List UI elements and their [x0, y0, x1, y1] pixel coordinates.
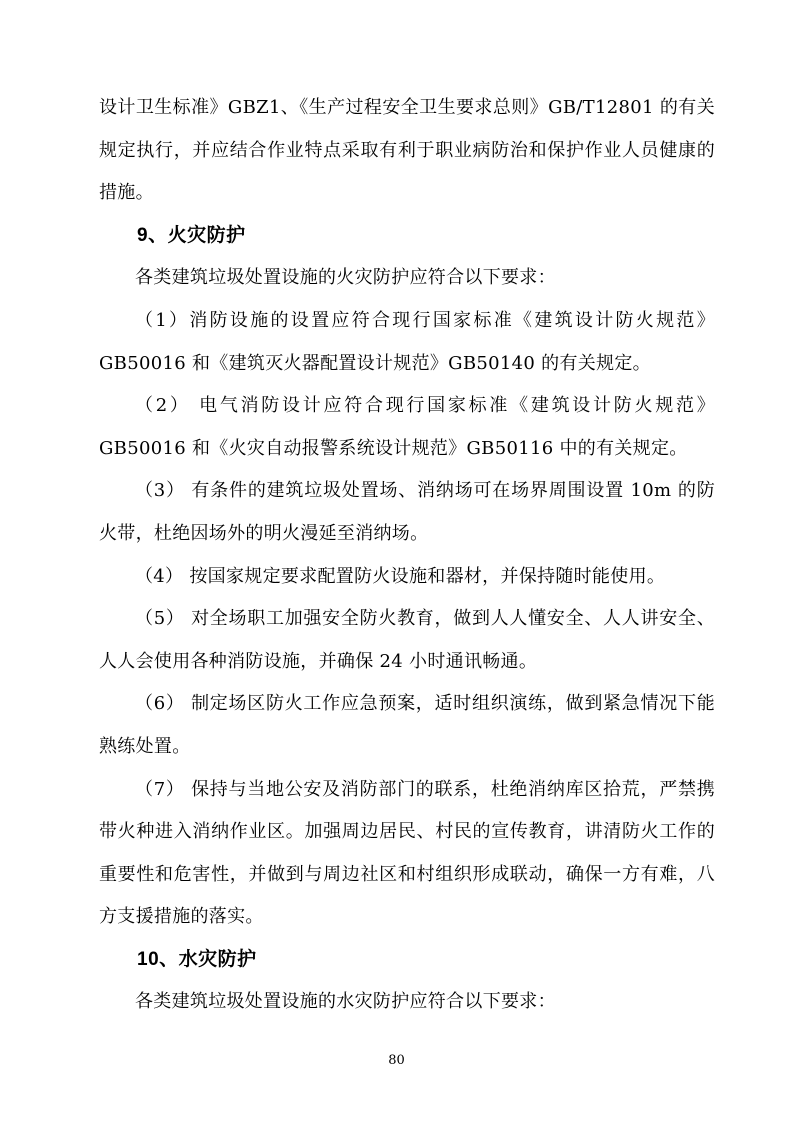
- page-number: 80: [0, 1053, 793, 1068]
- paragraph-fire-item-1: （1）消防设施的设置应符合现行国家标准《建筑设计防火规范》GB50016 和《建…: [99, 300, 715, 385]
- paragraph-fire-item-2: （2） 电气消防设计应符合现行国家标准《建筑设计防火规范》GB50016 和《火…: [99, 385, 715, 470]
- paragraph-fire-item-7: （7） 保持与当地公安及消防部门的联系，杜绝消纳库区拾荒，严禁携带火种进入消纳作…: [99, 769, 715, 939]
- document-body: 设计卫生标准》GBZ1、《生产过程安全卫生要求总则》GB/T12801 的有关规…: [99, 87, 715, 1024]
- paragraph-fire-item-6: （6） 制定场区防火工作应急预案，适时组织演练，做到紧急情况下能熟练处置。: [99, 683, 715, 768]
- paragraph-fire-item-4: （4） 按国家规定要求配置防火设施和器材，并保持随时能使用。: [99, 556, 715, 599]
- paragraph-fire-item-5: （5） 对全场职工加强安全防火教育，做到人人懂安全、人人讲安全、人人会使用各种消…: [99, 598, 715, 683]
- heading-section-10-flood-protection: 10、水灾防护: [99, 939, 715, 982]
- paragraph-flood-intro: 各类建筑垃圾处置设施的水灾防护应符合以下要求：: [99, 981, 715, 1024]
- heading-section-9-fire-protection: 9、火灾防护: [99, 215, 715, 258]
- paragraph-fire-item-3: （3） 有条件的建筑垃圾处置场、消纳场可在场界周围设置 10m 的防火带，杜绝因…: [99, 470, 715, 555]
- document-page: 设计卫生标准》GBZ1、《生产过程安全卫生要求总则》GB/T12801 的有关规…: [0, 0, 793, 1122]
- paragraph-fire-intro: 各类建筑垃圾处置设施的火灾防护应符合以下要求：: [99, 257, 715, 300]
- paragraph-regulation-continuation: 设计卫生标准》GBZ1、《生产过程安全卫生要求总则》GB/T12801 的有关规…: [99, 87, 715, 215]
